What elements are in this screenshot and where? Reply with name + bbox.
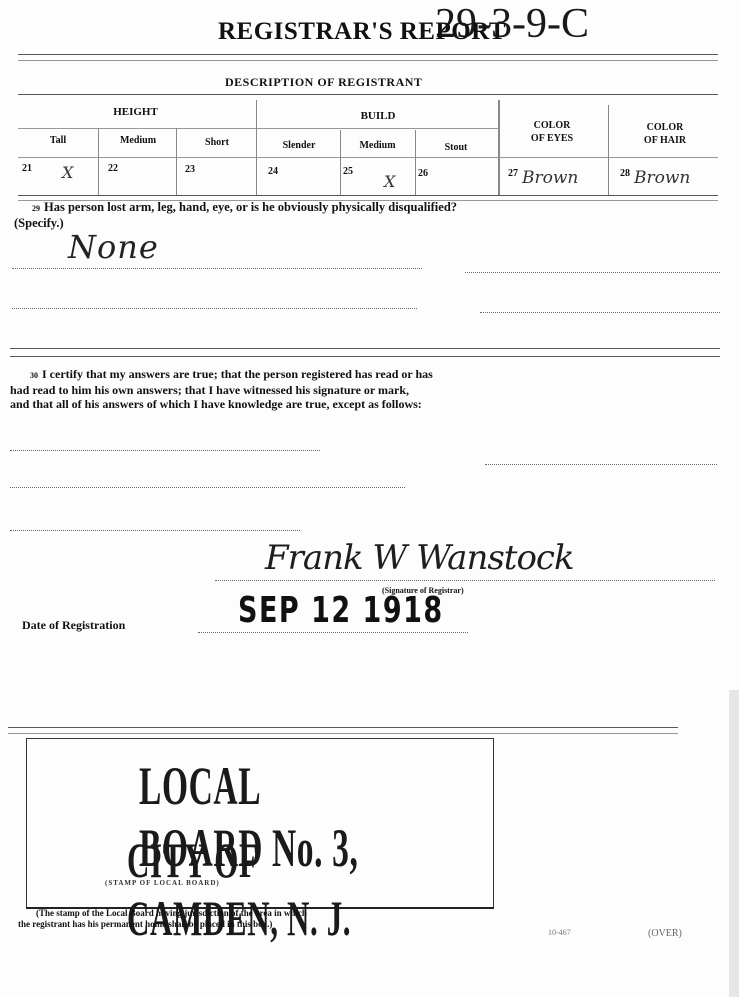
medium-build-mark: X <box>384 172 395 191</box>
question-30: 30I certify that my answers are true; th… <box>10 367 725 411</box>
column-divider <box>498 100 500 195</box>
height-group-header: HEIGHT <box>18 106 253 118</box>
column-divider <box>415 130 416 195</box>
stamp-caption-line2: the registrant has his permanent home sh… <box>18 919 272 929</box>
page-title: REGISTRAR'S REPORT <box>218 18 506 46</box>
field-number-21: 21 <box>22 163 32 174</box>
column-divider <box>98 128 99 195</box>
divider <box>18 195 718 196</box>
divider <box>18 54 718 55</box>
stamp-caption: (The stamp of the Local Board having jur… <box>18 908 498 930</box>
col-header-tall: Tall <box>18 135 98 146</box>
answer-line <box>12 268 422 269</box>
stamp-caption-line1: (The stamp of the Local Board having jur… <box>36 908 307 918</box>
field-number-26: 26 <box>418 168 428 179</box>
divider <box>8 727 678 728</box>
field-number-23: 23 <box>185 164 195 175</box>
eyes-header-line1: COLOR <box>500 120 604 131</box>
eyes-header-line2: OF EYES <box>500 133 604 144</box>
answer-line <box>465 272 720 273</box>
signature-line <box>215 580 715 581</box>
column-divider <box>256 100 257 195</box>
column-divider <box>176 128 177 195</box>
section-title: DESCRIPTION OF REGISTRANT <box>225 75 422 90</box>
eye-color-value: Brown <box>522 168 578 188</box>
stamp-overprint: (STAMP OF LOCAL BOARD) <box>105 879 220 887</box>
question-30-number: 30 <box>30 371 38 380</box>
tall-mark: X <box>62 163 73 182</box>
field-number-27: 27 <box>508 168 518 179</box>
registrar-signature: Frank W Wanstock <box>265 538 574 578</box>
question-30-line3: and that all of his answers of which I h… <box>10 397 422 411</box>
divider <box>10 348 720 349</box>
question-29: 29Has person lost arm, leg, hand, eye, o… <box>14 200 724 231</box>
answer-line <box>480 312 720 313</box>
exceptions-line <box>10 487 405 488</box>
field-number-25: 25 <box>343 166 353 177</box>
hair-header-line1: COLOR <box>610 122 720 133</box>
field-number-28: 28 <box>620 168 630 179</box>
question-29-specify: (Specify.) <box>14 216 64 230</box>
local-board-stamp-box: LOCAL BOARD No. 3, CITY OF CAMDEN, N. J.… <box>26 738 494 909</box>
form-number: (OVER) <box>648 928 682 939</box>
field-number-22: 22 <box>108 163 118 174</box>
exceptions-line <box>10 450 320 451</box>
page-edge <box>729 690 739 997</box>
question-29-answer: None <box>68 228 159 266</box>
answer-line <box>12 308 417 309</box>
divider <box>18 128 498 129</box>
field-number-24: 24 <box>268 166 278 177</box>
col-header-slender: Slender <box>258 140 340 151</box>
hair-color-value: Brown <box>634 168 690 188</box>
registration-date-stamp: SEP 12 1918 <box>238 590 444 631</box>
divider <box>18 94 718 95</box>
form-code: 10-467 <box>548 928 571 937</box>
divider <box>8 733 678 734</box>
divider <box>18 157 718 158</box>
exceptions-line <box>10 530 300 531</box>
col-header-short: Short <box>178 137 256 148</box>
registration-date-label: Date of Registration <box>22 618 125 633</box>
column-divider <box>340 130 341 195</box>
question-29-number: 29 <box>32 204 40 213</box>
exceptions-line <box>485 464 717 465</box>
question-30-line1: I certify that my answers are true; that… <box>42 367 433 381</box>
question-30-line2: had read to him his own answers; that I … <box>10 383 409 397</box>
column-divider <box>608 105 609 195</box>
question-29-text: Has person lost arm, leg, hand, eye, or … <box>44 200 457 214</box>
hair-header-line2: OF HAIR <box>610 135 720 146</box>
col-header-medium-height: Medium <box>98 135 178 146</box>
col-header-medium-build: Medium <box>340 140 415 151</box>
divider <box>10 356 720 357</box>
build-group-header: BUILD <box>258 110 498 122</box>
divider <box>18 60 718 61</box>
col-header-stout: Stout <box>415 142 497 153</box>
date-line <box>198 632 468 633</box>
